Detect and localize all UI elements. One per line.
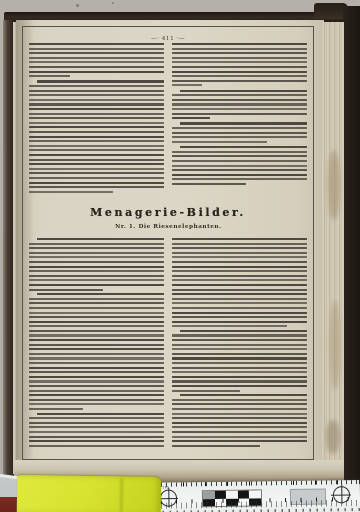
- text-line: [29, 108, 164, 110]
- text-line: [172, 141, 267, 143]
- text-line: [29, 417, 164, 419]
- text-line: [29, 284, 164, 286]
- text-line: [172, 243, 307, 245]
- text-line: [172, 357, 307, 359]
- text-line: [172, 136, 307, 138]
- text-line: [172, 371, 307, 373]
- text-line: [172, 99, 307, 101]
- text-line: [29, 426, 164, 428]
- text-line: [29, 103, 164, 105]
- text-line: [172, 422, 307, 424]
- text-line: [29, 298, 164, 300]
- text-line: [172, 117, 210, 119]
- text-line: [29, 57, 164, 59]
- paragraph-lines: [29, 238, 164, 291]
- text-line: [172, 362, 307, 364]
- text-line: [29, 289, 103, 291]
- text-line: [172, 417, 307, 419]
- text-line: [172, 103, 307, 105]
- text-line: [172, 261, 307, 263]
- text-line: [29, 186, 164, 188]
- text-line: [29, 325, 164, 327]
- text-line: [29, 321, 164, 323]
- text-line: [29, 117, 164, 119]
- text-line: [29, 154, 164, 156]
- scanned-book-page-photo: —· 411 ·— Menagerie-Bilder. Nr. 1. Die R…: [0, 0, 360, 512]
- text-line: [172, 385, 307, 387]
- text-line: [172, 298, 307, 300]
- text-line: [172, 66, 307, 68]
- text-line: [172, 289, 307, 291]
- text-line: [172, 270, 307, 272]
- sticky-note: [17, 475, 162, 512]
- text-columns-bottom: [29, 238, 307, 456]
- text-line: [37, 238, 164, 240]
- text-line: [172, 408, 307, 410]
- text-line: [29, 385, 164, 387]
- text-line: [172, 302, 307, 304]
- text-line: [172, 238, 307, 240]
- text-line: [172, 165, 307, 167]
- text-line: [172, 48, 307, 50]
- text-line: [29, 261, 164, 263]
- text-column-right: [172, 43, 307, 200]
- text-line: [29, 312, 164, 314]
- checker-cell: [203, 491, 215, 499]
- text-line: [180, 394, 307, 396]
- text-line: [29, 431, 164, 433]
- text-line: [172, 183, 246, 185]
- text-line: [172, 61, 307, 63]
- text-line: [180, 90, 307, 92]
- text-line: [29, 408, 83, 410]
- text-line: [180, 330, 307, 332]
- page-fore-edge: [322, 22, 344, 474]
- text-line: [172, 169, 307, 171]
- text-line: [29, 61, 164, 63]
- text-line: [172, 367, 307, 369]
- text-line: [180, 146, 307, 148]
- printed-border-frame: —· 411 ·— Menagerie-Bilder. Nr. 1. Die R…: [22, 26, 314, 460]
- text-line: [172, 75, 307, 77]
- checker-cell: [238, 491, 250, 499]
- text-line: [37, 413, 164, 415]
- text-line: [29, 48, 164, 50]
- dark-backdrop-right: [343, 6, 360, 512]
- page-number-text: —· 411 ·—: [151, 35, 185, 42]
- paragraph-lines: [172, 394, 307, 447]
- text-line: [29, 136, 164, 138]
- text-line: [29, 353, 164, 355]
- paragraph-lines: [172, 146, 307, 185]
- text-line: [29, 172, 164, 174]
- text-line: [29, 145, 164, 147]
- text-line: [172, 399, 307, 401]
- fore-edge-stain: [330, 300, 340, 390]
- paragraph-lines: [172, 43, 307, 86]
- text-line: [29, 252, 164, 254]
- text-line: [29, 99, 164, 101]
- dust-speck: [112, 2, 114, 4]
- dust-speck: [76, 4, 79, 7]
- text-line: [172, 353, 307, 355]
- text-line: [29, 140, 164, 142]
- text-line: [172, 132, 307, 134]
- text-line: [172, 94, 307, 96]
- text-line: [29, 302, 164, 304]
- text-line: [29, 191, 113, 193]
- text-line: [172, 321, 307, 323]
- text-line: [29, 339, 164, 341]
- text-line: [29, 403, 164, 405]
- text-line: [29, 75, 70, 77]
- text-line: [29, 85, 164, 87]
- text-line: [29, 348, 164, 350]
- text-line: [172, 108, 307, 110]
- text-line: [29, 177, 164, 179]
- text-line: [172, 403, 307, 405]
- text-line: [172, 316, 307, 318]
- text-line: [29, 159, 164, 161]
- paragraph-lines: [29, 293, 164, 410]
- text-line: [29, 66, 164, 68]
- text-line: [172, 348, 307, 350]
- text-line: [172, 436, 307, 438]
- text-line: [29, 52, 164, 54]
- text-line: [29, 270, 164, 272]
- text-columns-top: [29, 43, 307, 200]
- paragraph-lines: [172, 122, 307, 142]
- fore-edge-stain: [326, 420, 340, 454]
- text-line: [172, 71, 307, 73]
- text-line: [172, 178, 307, 180]
- text-line: [172, 334, 307, 336]
- text-line: [172, 43, 307, 45]
- article-subheading-text: Nr. 1. Die Riesenelephanten.: [115, 223, 221, 230]
- article-heading-block: Menagerie-Bilder. Nr. 1. Die Rieseneleph…: [23, 206, 313, 237]
- paragraph-lines: [29, 43, 164, 77]
- checker-cell: [249, 490, 261, 498]
- text-column-left: [29, 43, 164, 200]
- text-line: [29, 436, 164, 438]
- paragraph-lines: [172, 90, 307, 120]
- text-line: [172, 160, 307, 162]
- text-line: [29, 247, 164, 249]
- text-line: [29, 43, 164, 45]
- text-line: [172, 57, 307, 59]
- text-line: [29, 445, 164, 447]
- text-column-right: [172, 238, 307, 456]
- text-line: [29, 390, 164, 392]
- text-line: [37, 293, 164, 295]
- text-line: [172, 376, 307, 378]
- article-subheading: Nr. 1. Die Riesenelephanten.: [23, 218, 313, 237]
- text-line: [29, 126, 164, 128]
- text-line: [29, 330, 164, 332]
- text-line: [29, 344, 164, 346]
- text-line: [29, 334, 164, 336]
- text-line: [172, 151, 307, 153]
- text-line: [29, 380, 164, 382]
- text-line: [172, 344, 307, 346]
- text-line: [29, 71, 164, 73]
- text-line: [172, 380, 307, 382]
- fore-edge-stain: [328, 150, 340, 220]
- text-line: [29, 316, 164, 318]
- text-line: [29, 357, 164, 359]
- text-line: [172, 113, 307, 115]
- text-line: [172, 52, 307, 54]
- text-line: [29, 122, 164, 124]
- paragraph-lines: [29, 413, 164, 447]
- text-line: [172, 279, 307, 281]
- text-line: [172, 174, 307, 176]
- text-line: [172, 293, 307, 295]
- text-line: [172, 252, 307, 254]
- text-line: [29, 113, 164, 115]
- text-line: [29, 362, 164, 364]
- text-line: [29, 163, 164, 165]
- text-line: [29, 394, 164, 396]
- text-line: [29, 168, 164, 170]
- text-line: [180, 122, 307, 124]
- text-line: [29, 266, 164, 268]
- text-line: [172, 390, 240, 392]
- text-line: [29, 279, 164, 281]
- paragraph-lines: [29, 80, 164, 192]
- text-line: [172, 84, 202, 86]
- sticky-note-fold: [120, 478, 123, 512]
- text-line: [29, 399, 164, 401]
- text-line: [29, 90, 164, 92]
- text-line: [29, 275, 164, 277]
- text-line: [172, 256, 307, 258]
- text-line: [172, 284, 307, 286]
- text-line: [172, 80, 307, 82]
- text-line: [29, 367, 164, 369]
- text-line: [172, 312, 307, 314]
- text-line: [172, 247, 307, 249]
- text-line: [29, 376, 164, 378]
- text-line: [29, 182, 164, 184]
- text-line: [29, 422, 164, 424]
- text-line: [172, 431, 307, 433]
- text-line: [172, 275, 307, 277]
- text-line: [29, 307, 164, 309]
- text-line: [29, 243, 164, 245]
- text-line: [29, 131, 164, 133]
- text-line: [172, 413, 307, 415]
- text-line: [172, 339, 307, 341]
- text-line: [172, 445, 260, 447]
- text-line: [29, 256, 164, 258]
- text-line: [29, 149, 164, 151]
- paragraph-lines: [172, 238, 307, 327]
- text-line: [172, 440, 307, 442]
- text-line: [172, 155, 307, 157]
- paragraph-lines: [172, 330, 307, 392]
- text-column-left: [29, 238, 164, 456]
- text-line: [172, 266, 307, 268]
- text-line: [29, 371, 164, 373]
- text-line: [29, 440, 164, 442]
- text-line: [172, 325, 287, 327]
- text-line: [172, 426, 307, 428]
- text-line: [29, 94, 164, 96]
- text-line: [37, 80, 164, 82]
- checker-cell: [214, 491, 226, 499]
- text-line: [172, 307, 307, 309]
- text-line: [172, 127, 307, 129]
